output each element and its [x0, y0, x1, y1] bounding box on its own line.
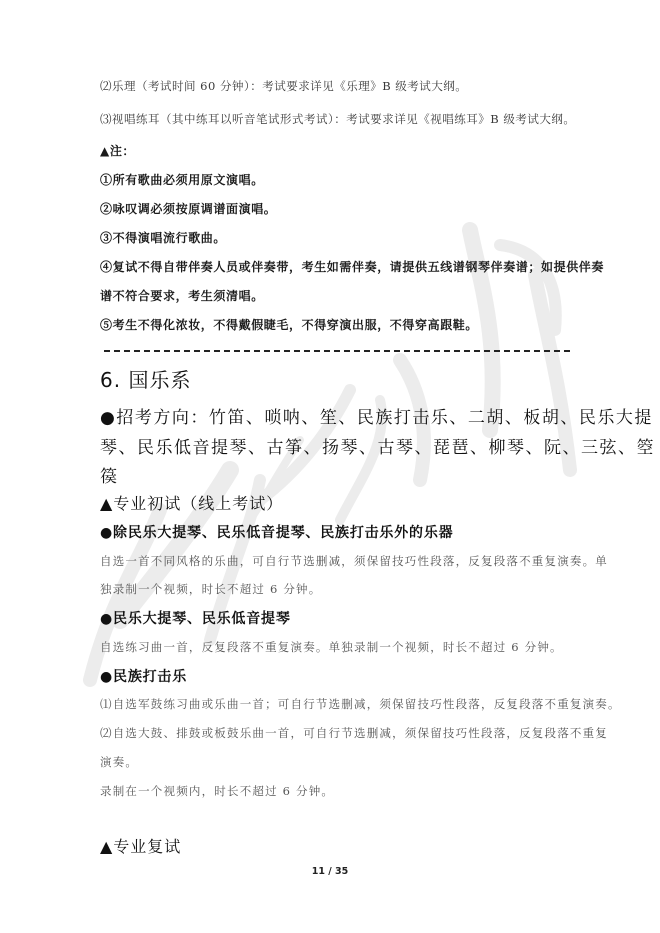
note-item: ⑤考生不得化浓妆，不得戴假睫毛，不得穿演出服，不得穿高跟鞋。	[100, 316, 478, 333]
group-text: ⑵自选大鼓、排鼓或板鼓乐曲一首，可自行节选删减，须保留技巧性段落，反复段落不重复	[100, 725, 608, 741]
exam-item-solfeggio: ⑶视唱练耳（其中练耳以听音笔试形式考试）：考试要求详见《视唱练耳》B 级考试大纲…	[100, 111, 575, 127]
section-divider	[104, 350, 570, 352]
directions-line: 篌	[100, 462, 119, 487]
preliminary-heading: ▲专业初试（线上考试）	[100, 491, 283, 514]
group-title: ●民乐大提琴、民乐低音提琴	[100, 608, 291, 628]
page-number: 11 / 35	[0, 866, 660, 877]
directions-line: 琴、民乐低音提琴、古筝、扬琴、古琴、琵琶、柳琴、阮、三弦、箜	[100, 433, 655, 458]
retest-heading: ▲专业复试	[100, 834, 181, 857]
group-text: ⑴自选军鼓练习曲或乐曲一首；可自行节选删减，须保留技巧性段落，反复段落不重复演奏…	[100, 696, 621, 712]
note-item: ④复试不得自带伴奏人员或伴奏带，考生如需伴奏，请提供五线谱钢琴伴奏谱；如提供伴奏	[100, 258, 604, 275]
notes-heading: ▲注：	[100, 142, 135, 159]
group-title: ●民族打击乐	[100, 666, 187, 686]
group-text: 录制在一个视频内，时长不超过 6 分钟。	[100, 783, 334, 799]
note-item: ②咏叹调必须按原调谱面演唱。	[100, 200, 276, 217]
group-text: 自选一首不同风格的乐曲，可自行节选删减，须保留技巧性段落，反复段落不重复演奏。单	[100, 553, 608, 569]
group-title: ●除民乐大提琴、民乐低音提琴、民族打击乐外的乐器	[100, 522, 453, 542]
group-text: 自选练习曲一首，反复段落不重复演奏。单独录制一个视频，时长不超过 6 分钟。	[100, 639, 563, 655]
note-item: ①所有歌曲必须用原文演唱。	[100, 171, 264, 188]
directions-line: ●招考方向：竹笛、唢呐、笙、民族打击乐、二胡、板胡、民乐大提	[100, 403, 653, 428]
exam-item-music-theory: ⑵乐理（考试时间 60 分钟）：考试要求详见《乐理》B 级考试大纲。	[100, 78, 467, 94]
section-title: 6. 国乐系	[100, 364, 191, 393]
note-item: 谱不符合要求，考生须清唱。	[100, 287, 264, 304]
note-item: ③不得演唱流行歌曲。	[100, 229, 226, 246]
group-text: 演奏。	[100, 754, 138, 770]
group-text: 独录制一个视频，时长不超过 6 分钟。	[100, 581, 321, 597]
